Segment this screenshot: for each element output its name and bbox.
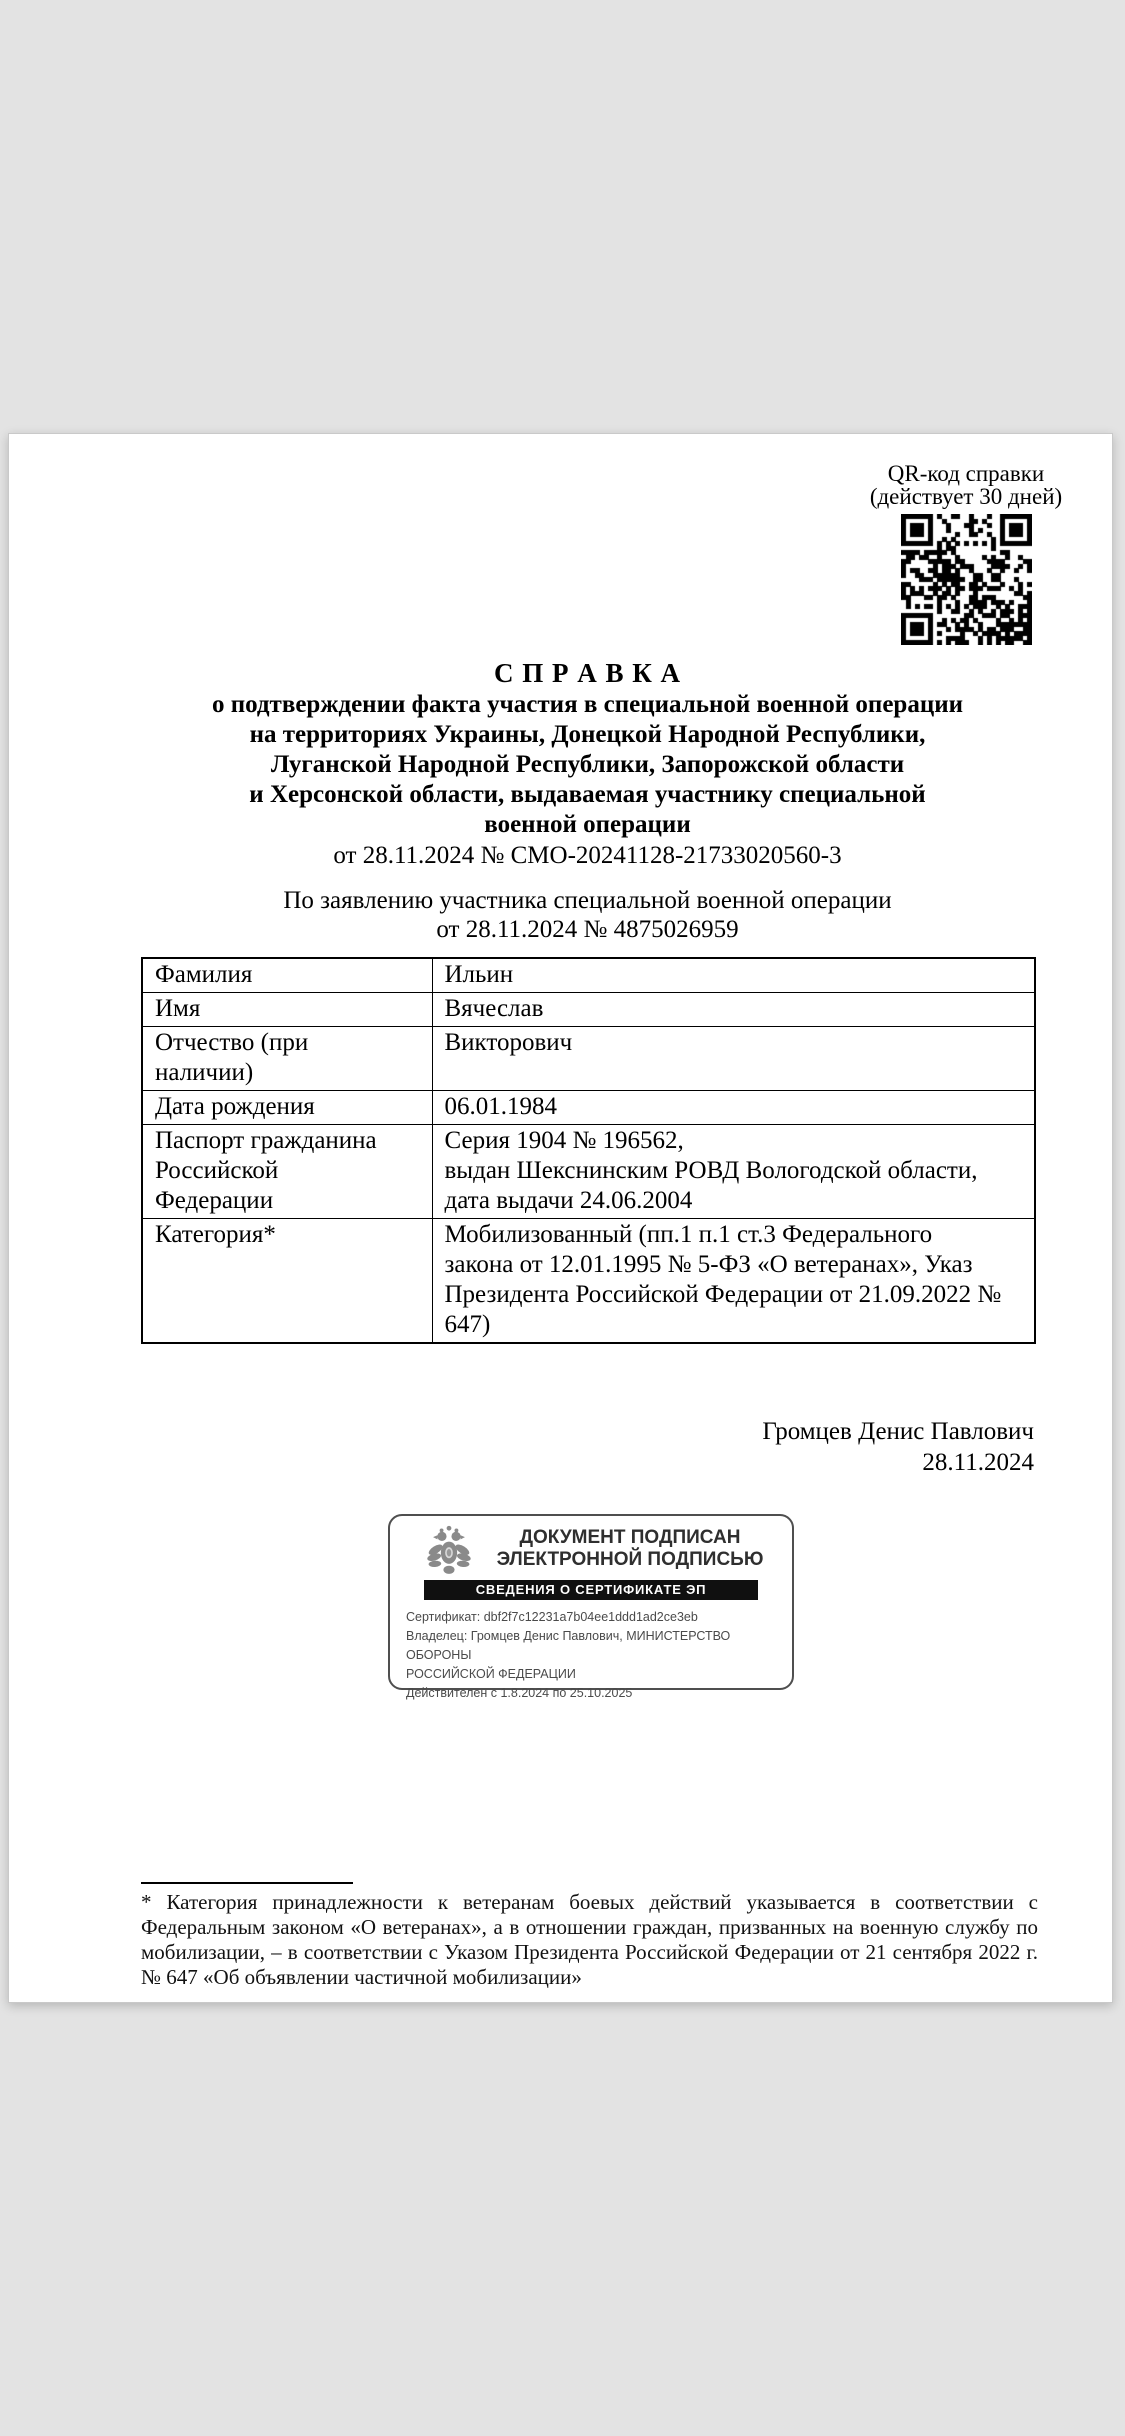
row-value: Серия 1904 № 196562, выдан Шекснинским Р… — [432, 1125, 1035, 1219]
certificate-heading: С П Р А В К А о подтверждении факта учас… — [139, 656, 1036, 871]
signatory-name: Громцев Денис Павлович — [762, 1416, 1034, 1447]
row-value: Вячеслав — [432, 993, 1035, 1027]
row-label: Дата рождения — [142, 1091, 432, 1125]
stamp-header: ДОКУМЕНТ ПОДПИСАН ЭЛЕКТРОННОЙ ПОДПИСЬЮ — [390, 1516, 792, 1578]
document-page: QR-код справки (действует 30 дней) С П Р… — [8, 433, 1113, 2003]
certificate-number-line: от 28.11.2024 № СМО-20241128-21733020560… — [139, 841, 1036, 871]
certificate-title: С П Р А В К А — [139, 656, 1036, 690]
esign-stamp: ДОКУМЕНТ ПОДПИСАН ЭЛЕКТРОННОЙ ПОДПИСЬЮ С… — [388, 1514, 794, 1690]
row-label: Имя — [142, 993, 432, 1027]
table-row: Фамилия Ильин — [142, 958, 1035, 993]
stamp-title: ДОКУМЕНТ ПОДПИСАН ЭЛЕКТРОННОЙ ПОДПИСЬЮ — [484, 1527, 776, 1571]
stamp-certificate-info: Сертификат: dbf2f7c12231a7b04ee1ddd1ad2c… — [390, 1600, 792, 1703]
footnote-separator — [141, 1882, 353, 1884]
qr-block: QR-код справки (действует 30 дней) — [831, 462, 1101, 650]
footnote-text: * Категория принадлежности к ветеранам б… — [141, 1890, 1038, 1990]
certificate-subtitle: о подтверждении факта участия в специаль… — [139, 690, 1036, 840]
table-row: Категория* Мобилизованный (пп.1 п.1 ст.3… — [142, 1219, 1035, 1344]
row-value: 06.01.1984 — [432, 1091, 1035, 1125]
stamp-certificate-bar: СВЕДЕНИЯ О СЕРТИФИКАТЕ ЭП — [424, 1580, 758, 1600]
row-value: Викторович — [432, 1027, 1035, 1091]
row-label: Категория* — [142, 1219, 432, 1344]
signature-date: 28.11.2024 — [762, 1447, 1034, 1478]
table-row: Паспорт гражданина Российской Федерации … — [142, 1125, 1035, 1219]
document-viewport[interactable]: QR-код справки (действует 30 дней) С П Р… — [0, 0, 1125, 2436]
qr-code-image — [901, 514, 1032, 645]
row-value: Ильин — [432, 958, 1035, 993]
row-value: Мобилизованный (пп.1 п.1 ст.3 Федерально… — [432, 1219, 1035, 1344]
coat-of-arms-icon — [426, 1523, 472, 1575]
table-row: Имя Вячеслав — [142, 993, 1035, 1027]
signature-block: Громцев Денис Павлович 28.11.2024 — [762, 1416, 1034, 1478]
row-label: Отчество (при наличии) — [142, 1027, 432, 1091]
row-label: Паспорт гражданина Российской Федерации — [142, 1125, 432, 1219]
table-row: Дата рождения 06.01.1984 — [142, 1091, 1035, 1125]
statement-line: По заявлению участника специальной военн… — [139, 886, 1036, 944]
person-table: Фамилия Ильин Имя Вячеслав Отчество (при… — [141, 957, 1036, 1344]
table-row: Отчество (при наличии) Викторович — [142, 1027, 1035, 1091]
row-label: Фамилия — [142, 958, 432, 993]
qr-label: QR-код справки (действует 30 дней) — [831, 462, 1101, 508]
